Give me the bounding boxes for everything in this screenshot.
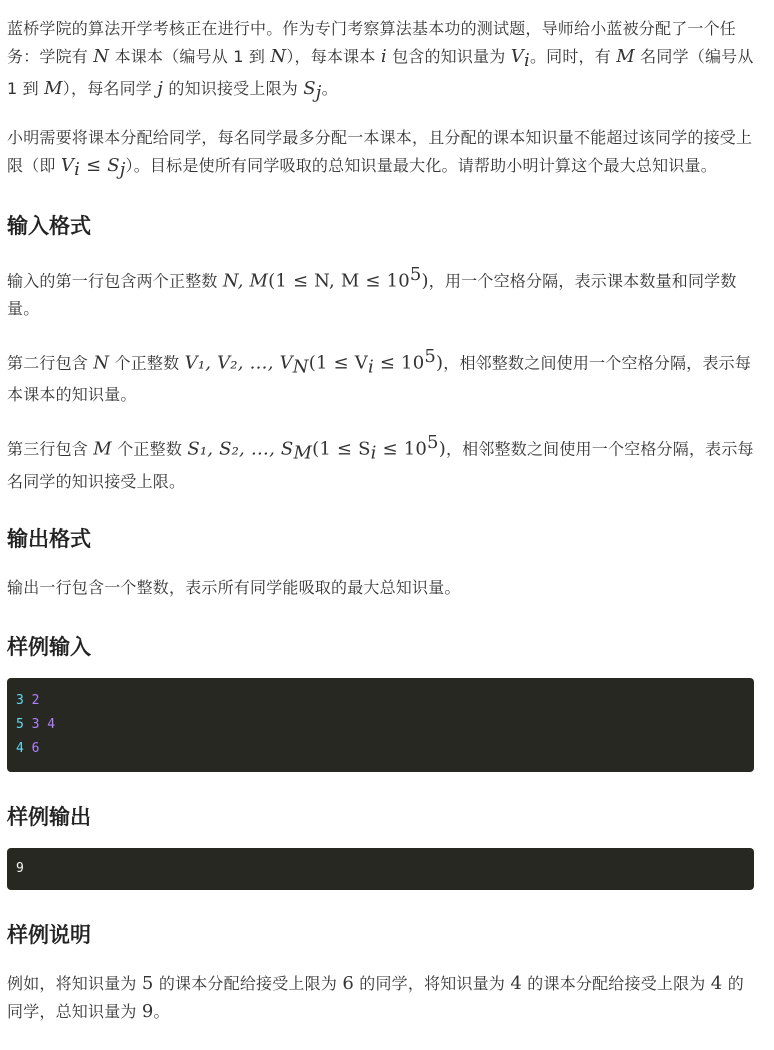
text: 第二行包含 <box>7 353 93 372</box>
text: 第三行包含 <box>7 440 93 459</box>
text: 。 <box>322 79 338 98</box>
math-sub: M <box>293 443 312 464</box>
text: 本课本（编号从 1 到 <box>109 47 270 66</box>
math-expr: N, M <box>223 270 268 291</box>
output-format-text: 输出一行包含一个整数，表示所有同学能吸取的最大总知识量。 <box>7 574 754 602</box>
math-var: N <box>93 352 109 373</box>
section-title-output-format: 输出格式 <box>7 524 754 554</box>
math-var: M <box>616 46 635 67</box>
math-expr: S₁, S₂, …, S <box>187 439 293 460</box>
math-number: 4 <box>711 973 723 994</box>
math-var: S <box>303 78 316 99</box>
math-var: M <box>93 439 112 460</box>
code-number: 2 <box>24 693 40 708</box>
section-title-sample-output: 样例输出 <box>7 802 754 832</box>
math-number: 4 <box>510 973 522 994</box>
code-line: 9 <box>16 857 745 881</box>
math-sup: 5 <box>424 346 436 367</box>
text: 个正整数 <box>109 353 184 372</box>
text: 个正整数 <box>112 440 187 459</box>
intro-paragraph-2: 小明需要将课本分配给同学，每名同学最多分配一本课本，且分配的课本知识量不能超过该… <box>7 124 754 184</box>
math-expr: ) <box>439 439 446 460</box>
math-expr: (1 ≤ S <box>312 439 371 460</box>
input-format-line-1: 输入的第一行包含两个正整数 N, M(1 ≤ N, M ≤ 105)，用一个空格… <box>7 261 754 323</box>
text: ），每本课本 <box>286 47 381 66</box>
text: 的课本分配给接受上限为 <box>522 974 711 993</box>
math-expr: ≤ 10 <box>377 439 427 460</box>
math-var: N <box>93 46 109 67</box>
explanation-text: 例如，将知识量为 5 的课本分配给接受上限为 6 的同学，将知识量为 4 的课本… <box>7 970 754 1026</box>
math-var: S <box>107 155 120 176</box>
math-expr: ≤ 10 <box>374 352 424 373</box>
math-number: 6 <box>342 973 354 994</box>
code-number: 3 <box>16 693 24 708</box>
math-sup: 5 <box>410 264 422 285</box>
section-title-sample-input: 样例输入 <box>7 632 754 662</box>
code-line: 5 3 4 <box>16 713 745 737</box>
input-format-line-3: 第三行包含 M 个正整数 S₁, S₂, …, SM(1 ≤ Si ≤ 105)… <box>7 429 754 496</box>
math-number: 5 <box>142 973 154 994</box>
text: 输入的第一行包含两个正整数 <box>7 271 223 290</box>
code-number: 3 4 <box>24 717 55 732</box>
math-sub: N <box>293 356 309 377</box>
math-var: V <box>511 46 524 67</box>
code-number: 5 <box>16 717 24 732</box>
math-expr: (1 ≤ V <box>309 352 368 373</box>
math-expr: ) <box>422 270 429 291</box>
text: ）。目标是使所有同学吸取的总知识量最大化。请帮助小明计算这个最大总知识量。 <box>126 156 717 175</box>
math-sup: 5 <box>427 432 439 453</box>
text: 的课本分配给接受上限为 <box>154 974 343 993</box>
math-var: V <box>61 155 74 176</box>
text: 的同学，将知识量为 <box>354 974 510 993</box>
math-number: 9 <box>142 1001 154 1022</box>
text: 。 <box>154 1002 170 1021</box>
text: 。同时，有 <box>530 47 616 66</box>
sample-input-code-block[interactable]: 3 2 5 3 4 4 6 <box>7 678 754 772</box>
text: 的知识接受上限为 <box>163 79 303 98</box>
code-number: 4 <box>16 741 24 756</box>
math-expr: V₁, V₂, …, V <box>185 352 293 373</box>
text: 包含的知识量为 <box>387 47 511 66</box>
section-title-explanation: 样例说明 <box>7 920 754 950</box>
section-title-input-format: 输入格式 <box>7 211 754 241</box>
text: ），每名同学 <box>63 79 158 98</box>
intro-paragraph-1: 蓝桥学院的算法开学考核正在进行中。作为专门考察算法基本功的测试题，导师给小蓝被分… <box>7 15 754 107</box>
sample-output-code-block[interactable]: 9 <box>7 848 754 890</box>
code-line: 3 2 <box>16 689 745 713</box>
text: 例如，将知识量为 <box>7 974 142 993</box>
code-number: 6 <box>24 741 40 756</box>
math-var: N <box>270 46 286 67</box>
problem-statement: 蓝桥学院的算法开学考核正在进行中。作为专门考察算法基本功的测试题，导师给小蓝被分… <box>0 0 774 1026</box>
math-rel: ≤ <box>80 155 107 176</box>
math-var: M <box>44 78 63 99</box>
code-line: 4 6 <box>16 737 745 761</box>
input-format-line-2: 第二行包含 N 个正整数 V₁, V₂, …, VN(1 ≤ Vi ≤ 105)… <box>7 343 754 410</box>
math-expr: (1 ≤ N, M ≤ 10 <box>268 270 410 291</box>
